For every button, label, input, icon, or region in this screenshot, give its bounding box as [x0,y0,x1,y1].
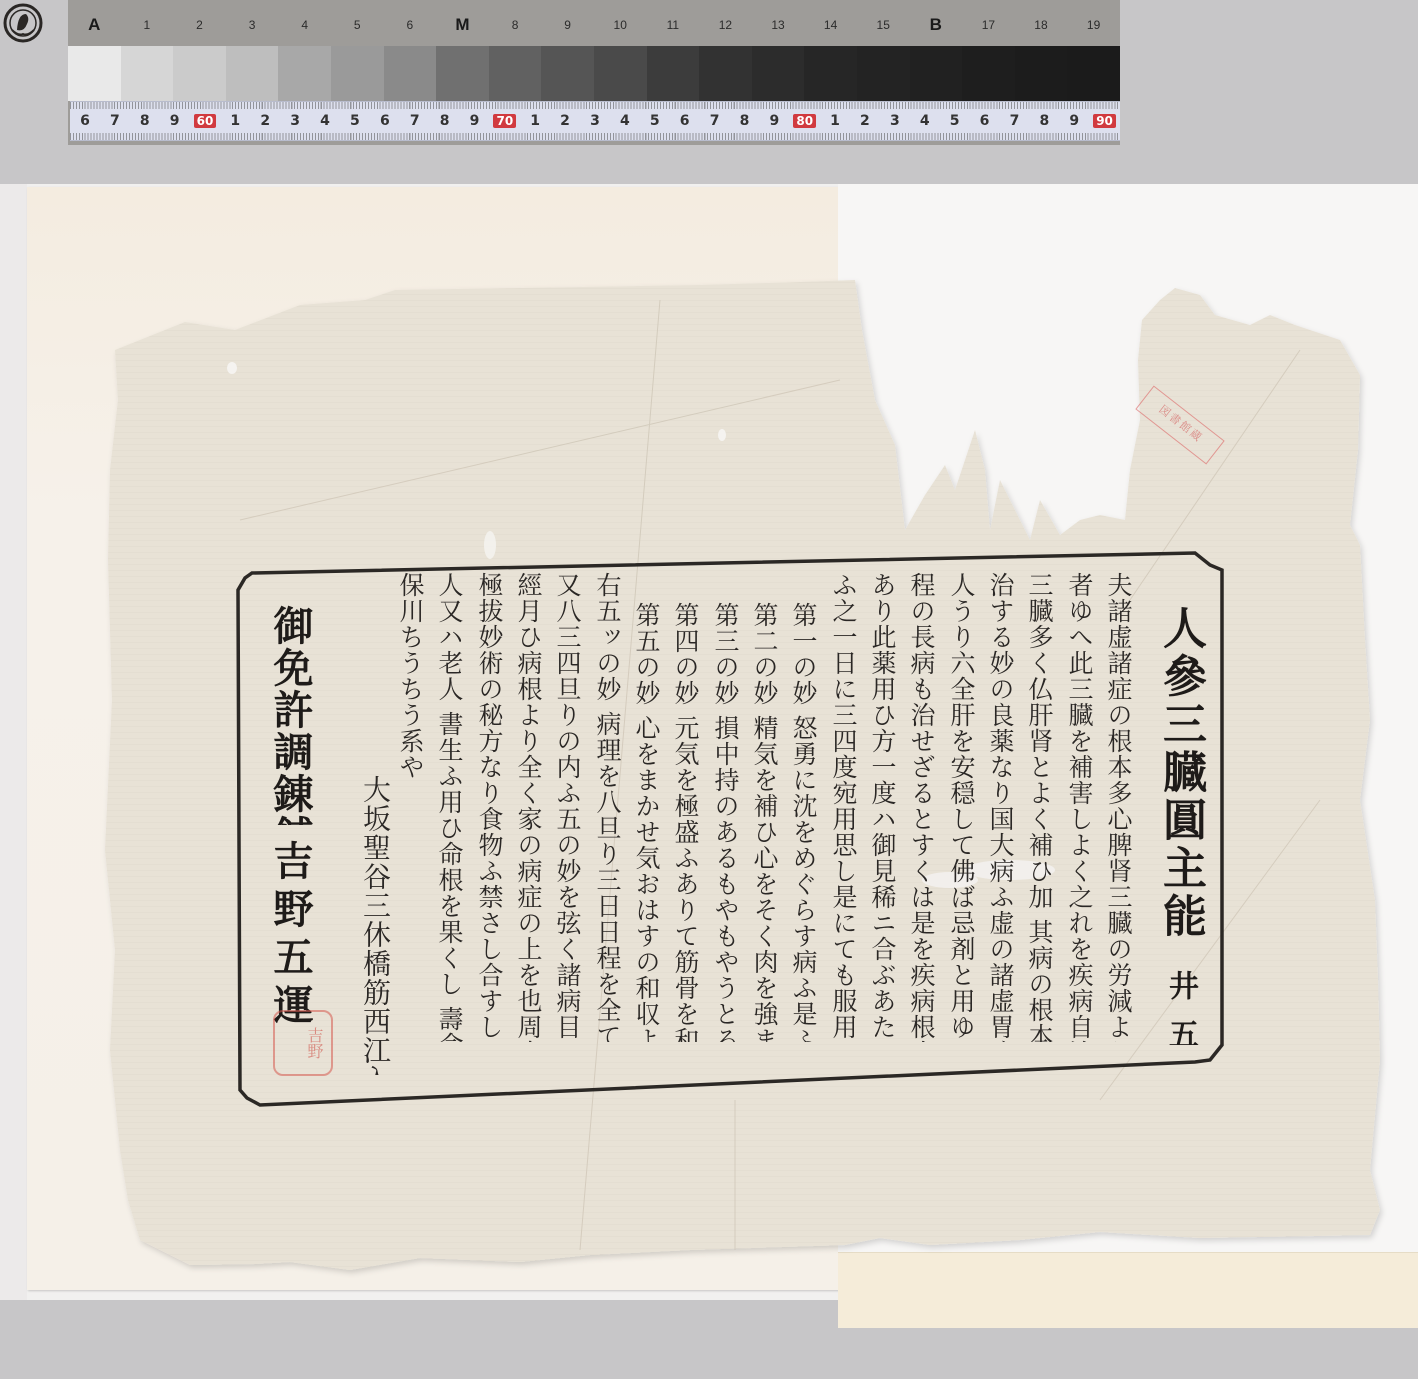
crane-crest-icon [0,0,46,46]
text-column: 第一の妙 怒勇に沈をめぐらす病ふ是ふ入効うちに胸を悪齒 [785,602,821,1042]
shop-address: 大坂聖谷三休橋筋西江入町 [355,775,395,1075]
text-column: 人うり六全肝を安穏して佛ば忌剤と用ゆれども何 [943,572,979,1042]
text-column: ふ之一日に三四度宛用思し是にても服用の時五の妙と效ス [825,572,861,1042]
red-seal-stamp: 吉野 [273,1010,333,1076]
text-column: 第四の妙 元気を極盛ふありて筋骨を和し身たるをきこる [667,602,703,1042]
text-column: 保川ちうちう系や [392,572,428,1042]
text-column: あり此薬用ひ方一度ハ御見稀ニ合ぶあたに茶又ハ白湯 [864,572,900,1042]
text-column: 第三の妙 損中持のあるもやもやうとろうと有力法く [707,602,743,1042]
text-column: 極拔妙術の秘方なり食物ふ禁さし合すし 虚症の [471,572,507,1042]
text-column: 第五の妙 心をまかせ気おはすの和収よく補ふ [628,602,664,1042]
text-column: 三臓多く仏肝肾とよく補ひ加 其病の根本坟走 又 [1021,572,1057,1042]
shop-license-label: 御免許調錬舗 [262,605,319,825]
text-column: 者ゆへ此三臓を補害しよく之れを疾病自治ん世 [1061,572,1097,1042]
text-column: 第二の妙 精気を補ひ心をそく肉を強まさず其身の元気を生 [746,602,782,1042]
title-text: 人參三臓圓主能 [1155,605,1206,941]
handbill-sheet: 人參三臓圓主能 井 五之鈔 夫諸虚諸症の根本多心脾肾三臓の労減より発る者ゆへ此三… [0,0,1418,1379]
text-column: 人又ハ老人 書生ふ用ひ命根を果くし 壽命を [431,572,467,1042]
text-column: 右五ッの妙 病理を八旦り三日日程を全て病所を病主收三旦り [589,572,625,1042]
title-suffix: 井 五之鈔 [1163,970,1198,1045]
text-column: 治する妙の良薬なり国大病ふ虚の諸虚胃病の [982,572,1018,1042]
text-column: 又八三四旦りの内ふ五の妙を弦く諸病目ふ示く治し一月三月 [549,572,585,1042]
text-column: 經月ひ病根より全く家の病症の上を也周南名醫 [510,572,546,1042]
text-column: 程の長病も治せざるとすくは是を疾病根本治を用 [903,572,939,1042]
product-title: 人參三臓圓主能 井 五之鈔 [1148,605,1212,1045]
text-column: 夫諸虚諸症の根本多心脾肾三臓の労減より発る [1100,572,1136,1042]
